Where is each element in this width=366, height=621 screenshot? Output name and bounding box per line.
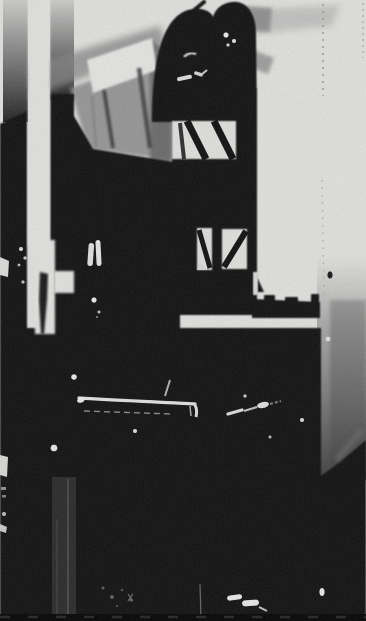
photo-canvas bbox=[0, 0, 366, 621]
film-grain bbox=[0, 0, 366, 621]
photo: Grainy monochrome photograph of a tall v… bbox=[0, 0, 366, 621]
